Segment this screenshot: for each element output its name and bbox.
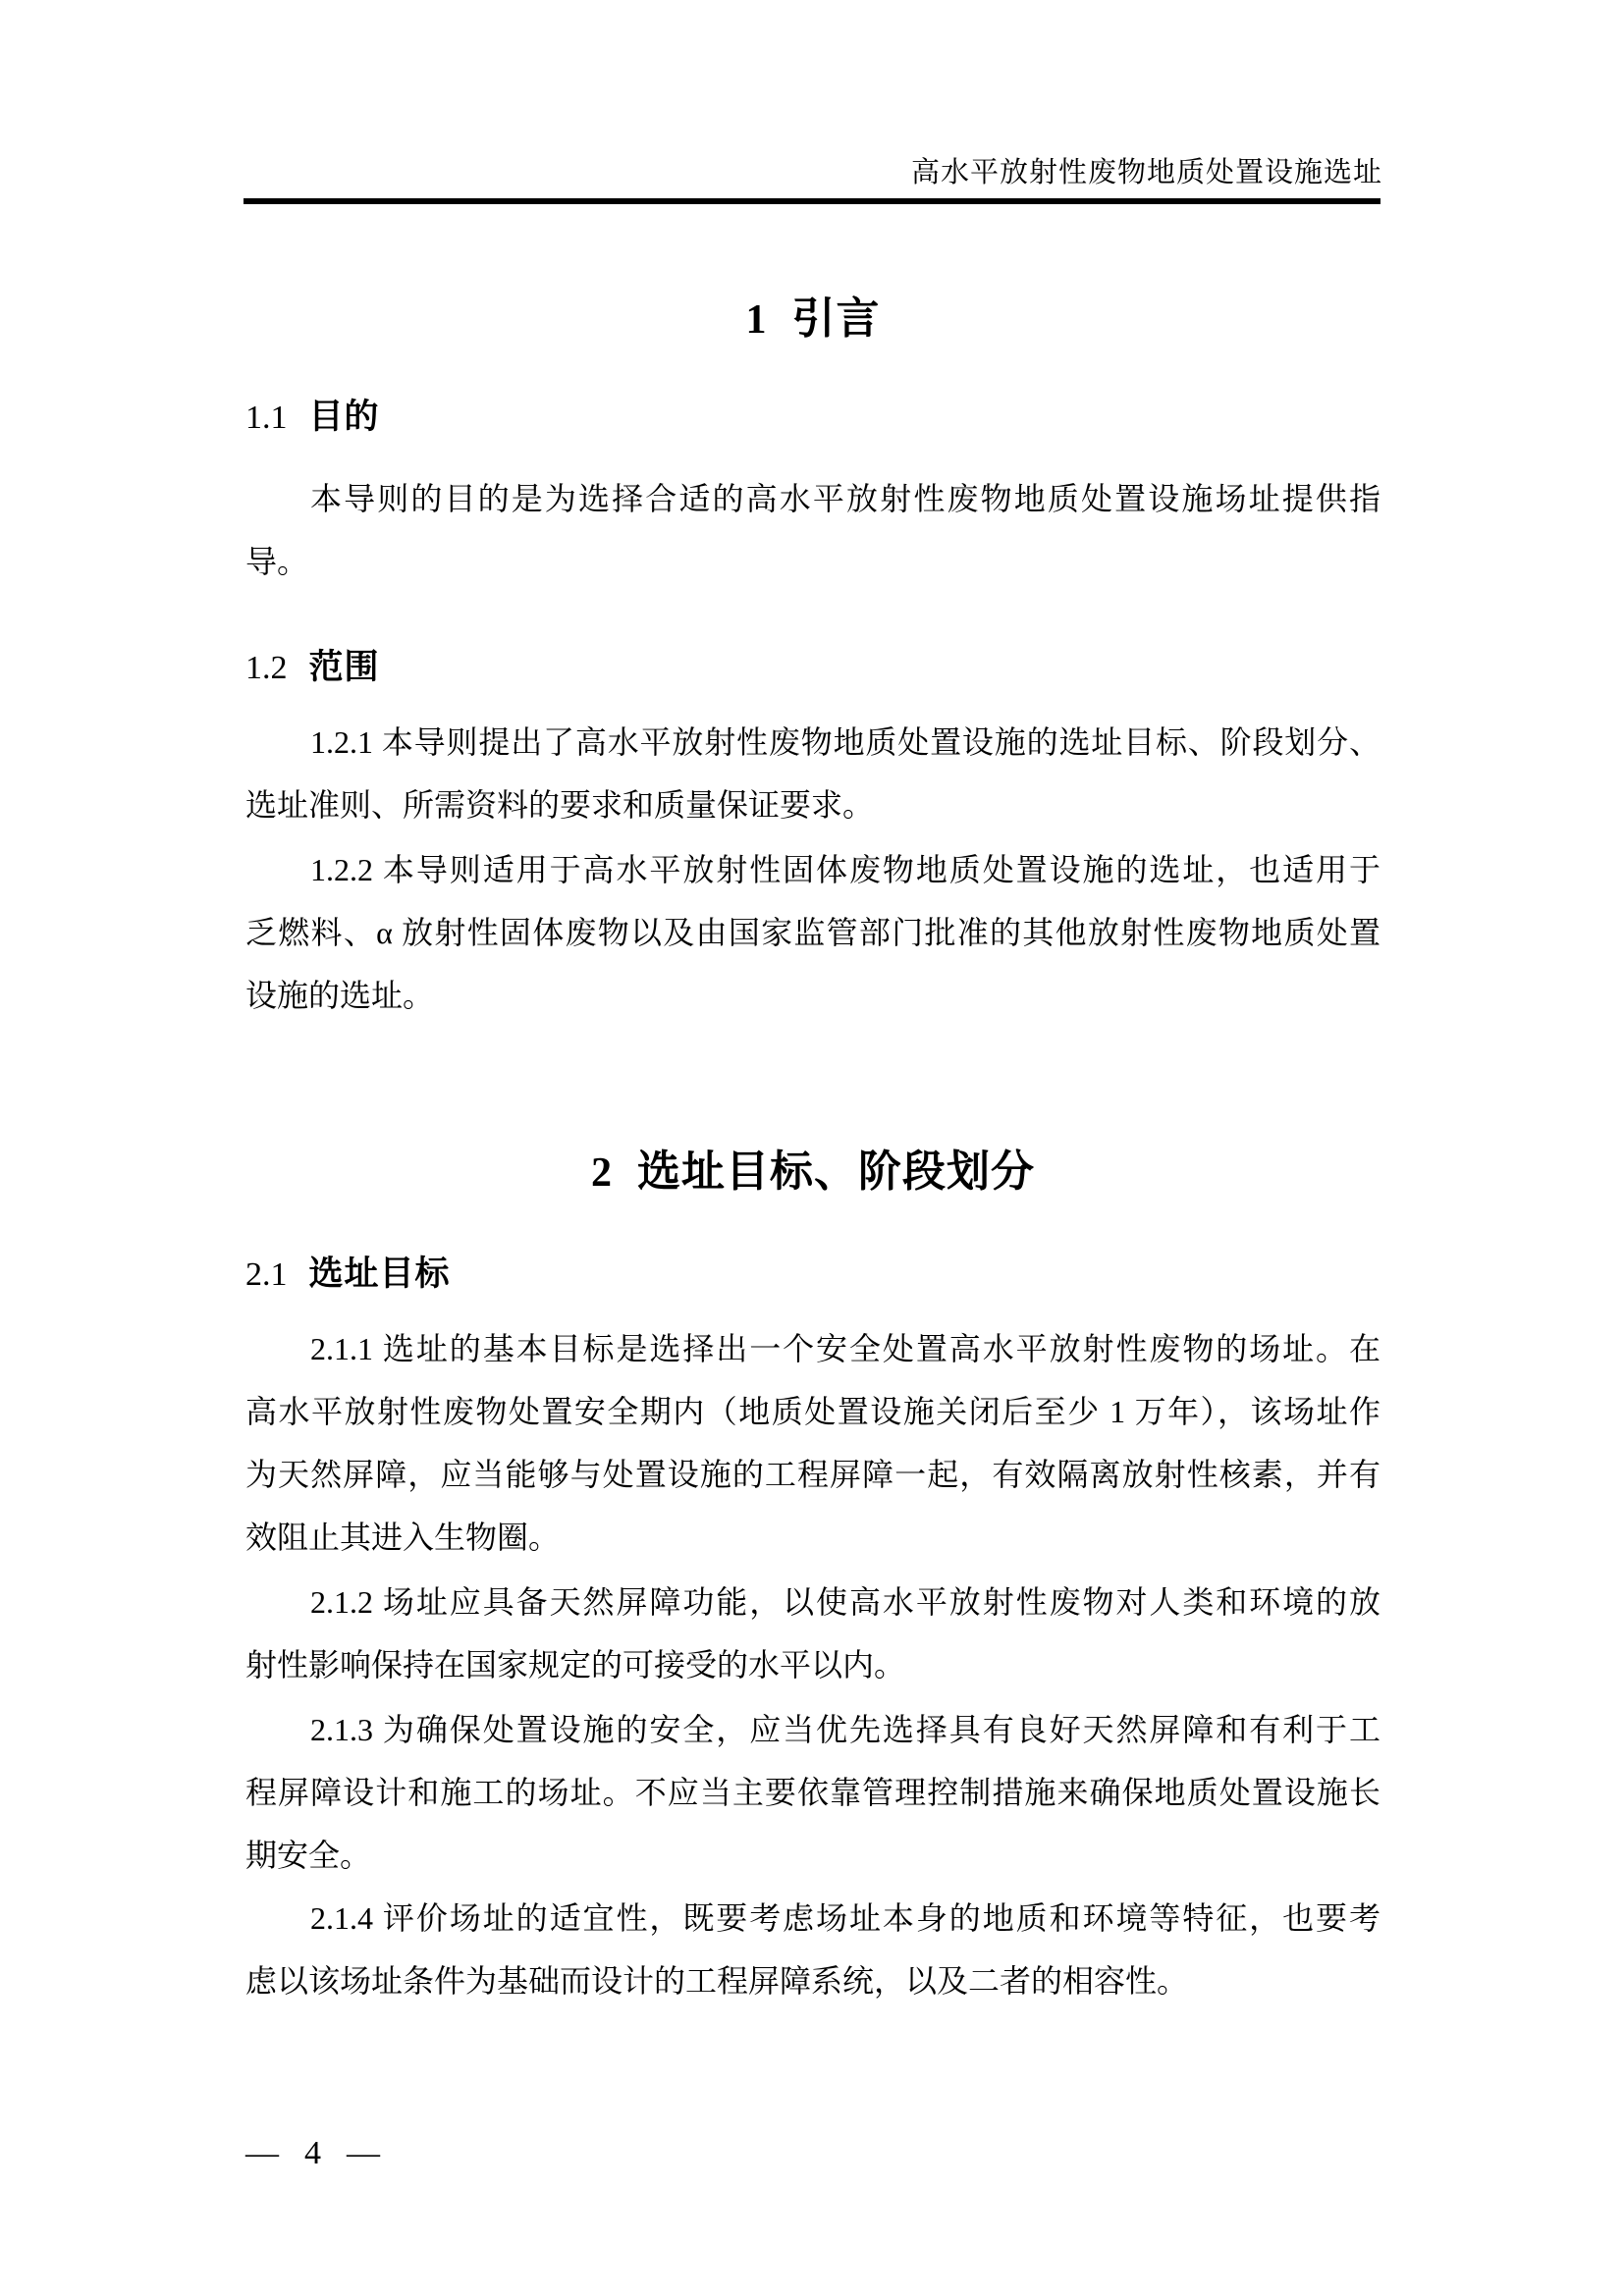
section-1-1-number: 1.1	[245, 400, 288, 436]
body-line: 1.2.1 本导则提出了高水平放射性废物地质处置设施的选址目标、阶段划分、	[245, 711, 1380, 774]
section-2-1-number: 2.1	[245, 1256, 288, 1293]
section-1-2-number: 1.2	[245, 650, 288, 686]
footer-page-number: 4	[304, 2136, 321, 2171]
body-line: 程屏障设计和施工的场址。不应当主要依靠管理控制措施来确保地质处置设施长	[245, 1761, 1380, 1824]
body-line: 导。	[245, 530, 1380, 593]
section-1-1-heading: 1.1目的	[245, 386, 1380, 449]
section-2-1-title: 选址目标	[309, 1255, 451, 1293]
body-line: 乏燃料、α 放射性固体废物以及由国家监管部门批准的其他放射性废物地质处置	[245, 901, 1380, 964]
body-line: 1.2.2 本导则适用于高水平放射性固体废物地质处置设施的选址，也适用于	[245, 838, 1380, 901]
chapter-1-heading: 1引言	[245, 287, 1380, 351]
body-line: 设施的选址。	[245, 964, 1380, 1027]
body-line: 虑以该场址条件为基础而设计的工程屏障系统，以及二者的相容性。	[245, 1949, 1380, 2012]
footer-dash-right: —	[347, 2136, 380, 2171]
chapter-2-number: 2	[591, 1150, 612, 1196]
body-line: 射性影响保持在国家规定的可接受的水平以内。	[245, 1633, 1380, 1696]
body-line: 期安全。	[245, 1824, 1380, 1887]
body-line: 2.1.1 选址的基本目标是选择出一个安全处置高水平放射性废物的场址。在	[245, 1317, 1380, 1380]
body-line: 本导则的目的是为选择合适的高水平放射性废物地质处置设施场址提供指	[245, 467, 1380, 530]
running-header-title: 高水平放射性废物地质处置设施选址	[911, 157, 1382, 188]
section-1-2-title: 范围	[309, 648, 380, 686]
body-line: 2.1.4 评价场址的适宜性，既要考虑场址本身的地质和环境等特征，也要考	[245, 1887, 1380, 1949]
chapter-1-title: 引言	[792, 294, 881, 343]
chapter-2-title: 选址目标、阶段划分	[637, 1148, 1035, 1196]
body-line: 2.1.3 为确保处置设施的安全，应当优先选择具有良好天然屏障和有利于工	[245, 1698, 1380, 1761]
footer-dash-left: —	[245, 2136, 279, 2171]
body-line: 高水平放射性废物处置安全期内（地质处置设施关闭后至少 1 万年），该场址作	[245, 1380, 1380, 1443]
body-line: 2.1.2 场址应具备天然屏障功能，以使高水平放射性废物对人类和环境的放	[245, 1571, 1380, 1633]
header-rule	[244, 198, 1380, 204]
section-2-1-heading: 2.1选址目标	[245, 1243, 1380, 1306]
body-line: 为天然屏障，应当能够与处置设施的工程屏障一起，有效隔离放射性核素，并有	[245, 1443, 1380, 1506]
section-1-2-heading: 1.2范围	[245, 636, 1380, 699]
chapter-1-number: 1	[746, 297, 767, 343]
page-footer: — 4 —	[245, 2136, 380, 2171]
body-line: 选址准则、所需资料的要求和质量保证要求。	[245, 774, 1380, 836]
section-1-1-title: 目的	[309, 398, 380, 436]
body-line: 效阻止其进入生物圈。	[245, 1506, 1380, 1569]
chapter-2-heading: 2选址目标、阶段划分	[245, 1140, 1380, 1204]
document-page: 高水平放射性废物地质处置设施选址 1引言 1.1目的 本导则的目的是为选择合适的…	[0, 0, 1624, 2296]
